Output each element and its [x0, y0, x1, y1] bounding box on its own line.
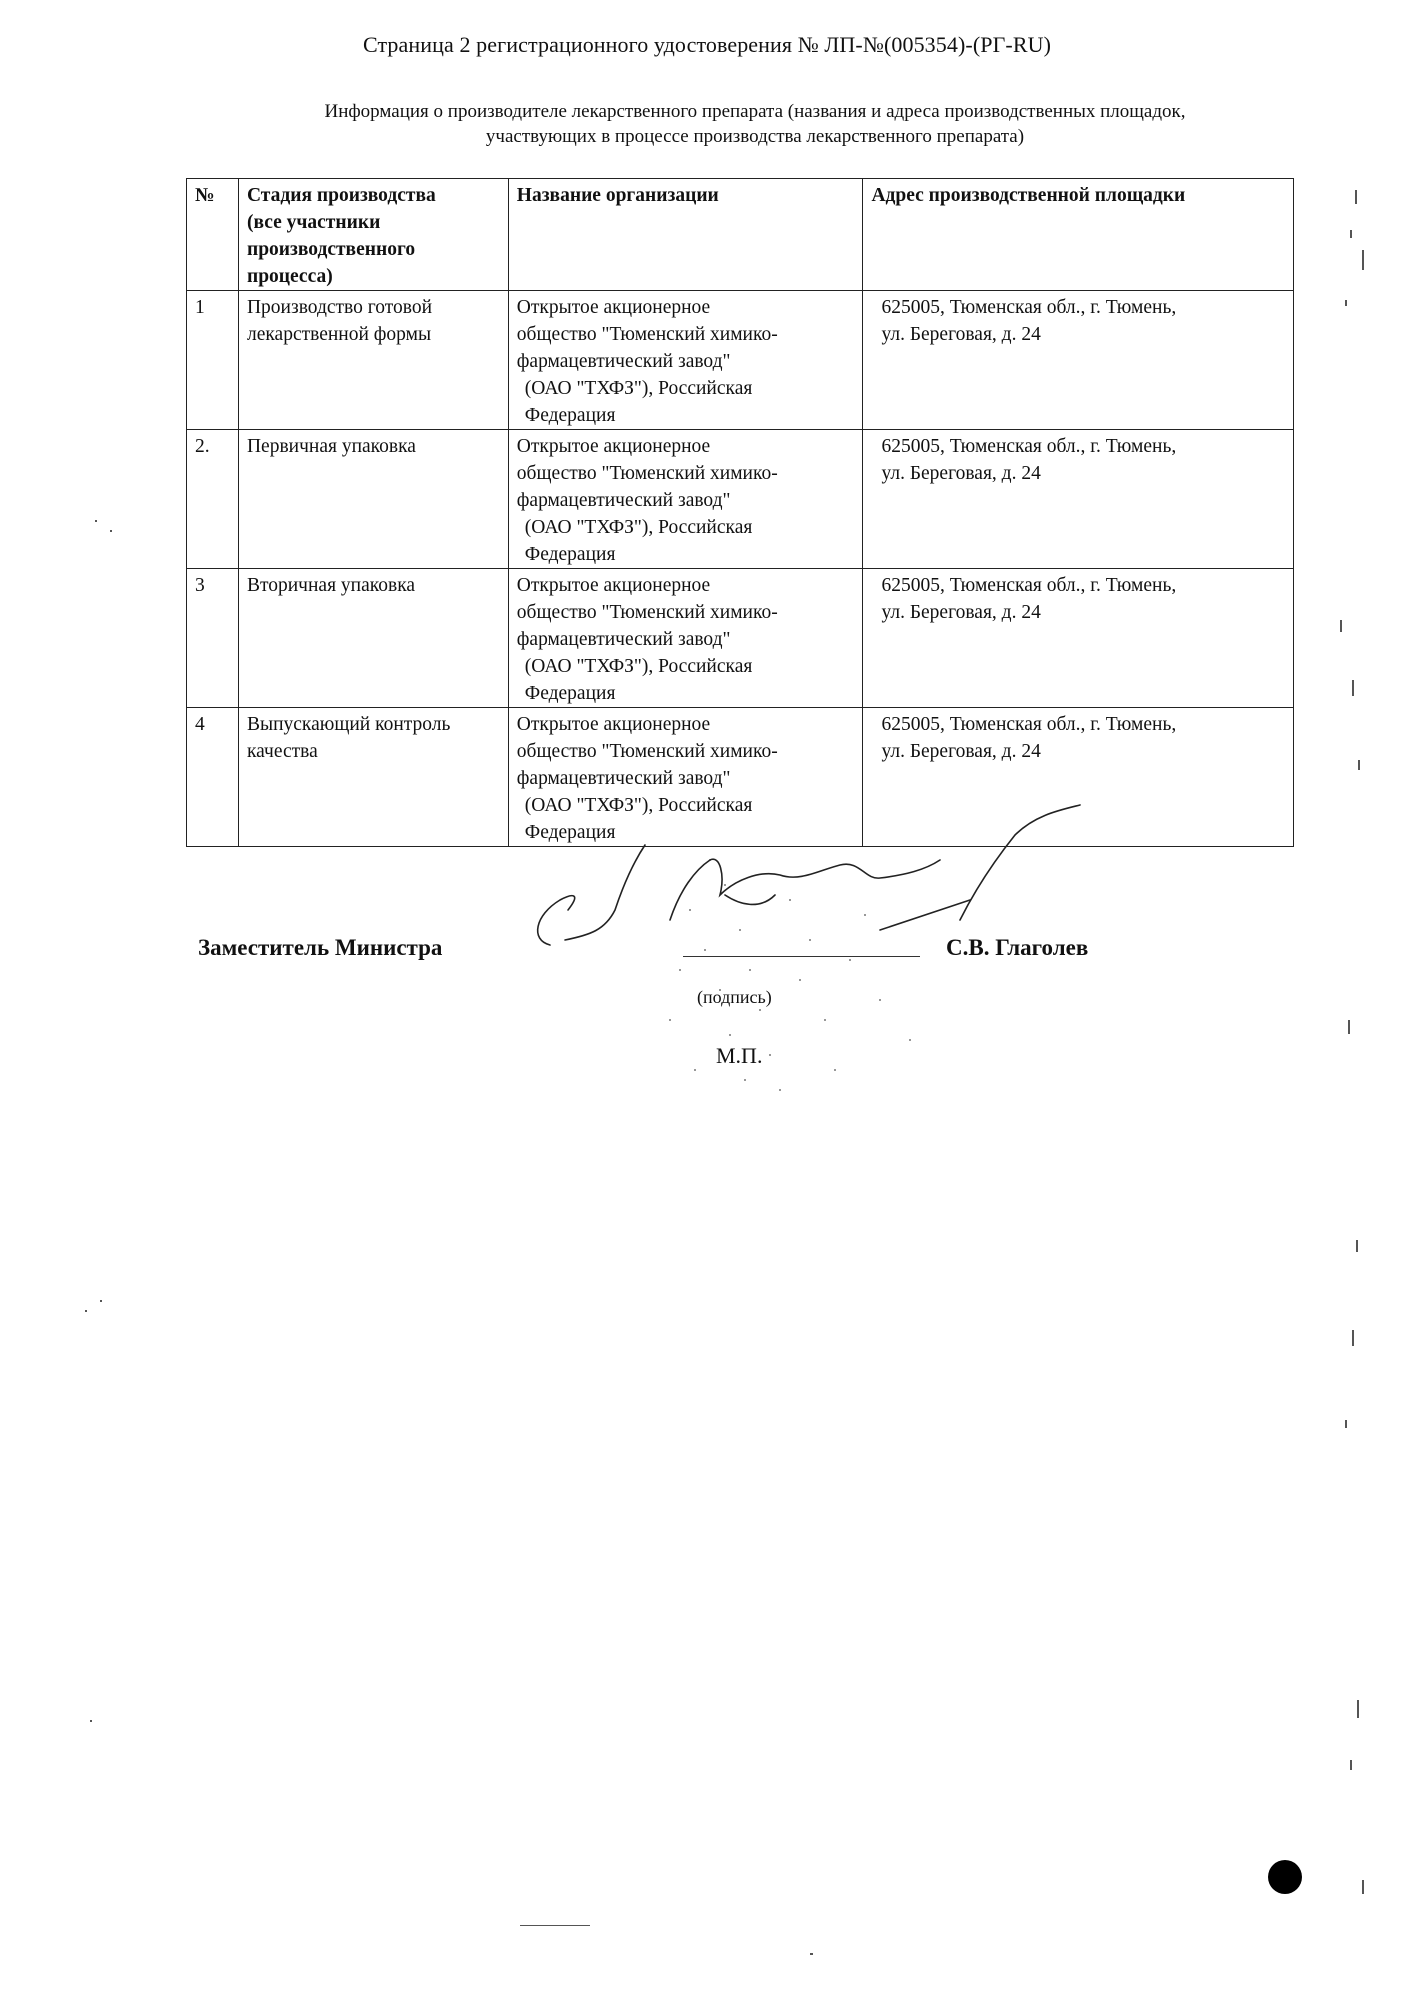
- signatory-name: С.В. Глаголев: [946, 935, 1088, 961]
- row-number: 4: [187, 708, 239, 847]
- caption-line-1: Информация о производителе лекарственног…: [190, 99, 1320, 124]
- row-address: 625005, Тюменская обл., г. Тюмень, ул. Б…: [863, 569, 1294, 708]
- col-header-address: Адрес производственной площадки: [863, 179, 1294, 291]
- page-title: Страница 2 регистрационного удостоверени…: [0, 32, 1414, 58]
- row-number: 2.: [187, 430, 239, 569]
- col-header-organization: Название организации: [508, 179, 863, 291]
- stamp-place-label: М.П.: [716, 1043, 762, 1069]
- row-address: 625005, Тюменская обл., г. Тюмень, ул. Б…: [863, 430, 1294, 569]
- row-organization: Открытое акционерное общество "Тюменский…: [508, 569, 863, 708]
- signatory-position: Заместитель Министра: [198, 935, 442, 961]
- table-row: 2. Первичная упаковка Открытое акционерн…: [187, 430, 1294, 569]
- row-address: 625005, Тюменская обл., г. Тюмень, ул. Б…: [863, 291, 1294, 430]
- row-number: 1: [187, 291, 239, 430]
- row-organization: Открытое акционерное общество "Тюменский…: [508, 291, 863, 430]
- caption-line-2: участвующих в процессе производства лека…: [190, 124, 1320, 149]
- signature-line: [683, 956, 920, 957]
- signature-caption: (подпись): [697, 987, 772, 1008]
- table-caption: Информация о производителе лекарственног…: [190, 99, 1320, 149]
- row-stage: Первичная упаковка: [238, 430, 508, 569]
- row-organization: Открытое акционерное общество "Тюменский…: [508, 430, 863, 569]
- col-header-stage: Стадия производства (все участники произ…: [238, 179, 508, 291]
- row-number: 3: [187, 569, 239, 708]
- row-stage: Выпускающий контроль качества: [238, 708, 508, 847]
- row-stage: Вторичная упаковка: [238, 569, 508, 708]
- manufacturer-table: № Стадия производства (все участники про…: [186, 178, 1294, 847]
- row-stage: Производство готовой лекарственной формы: [238, 291, 508, 430]
- table-header-row: № Стадия производства (все участники про…: [187, 179, 1294, 291]
- col-header-number: №: [187, 179, 239, 291]
- table-row: 1 Производство готовой лекарственной фор…: [187, 291, 1294, 430]
- hole-punch-mark: [1268, 1860, 1302, 1894]
- table-row: 3 Вторичная упаковка Открытое акционерно…: [187, 569, 1294, 708]
